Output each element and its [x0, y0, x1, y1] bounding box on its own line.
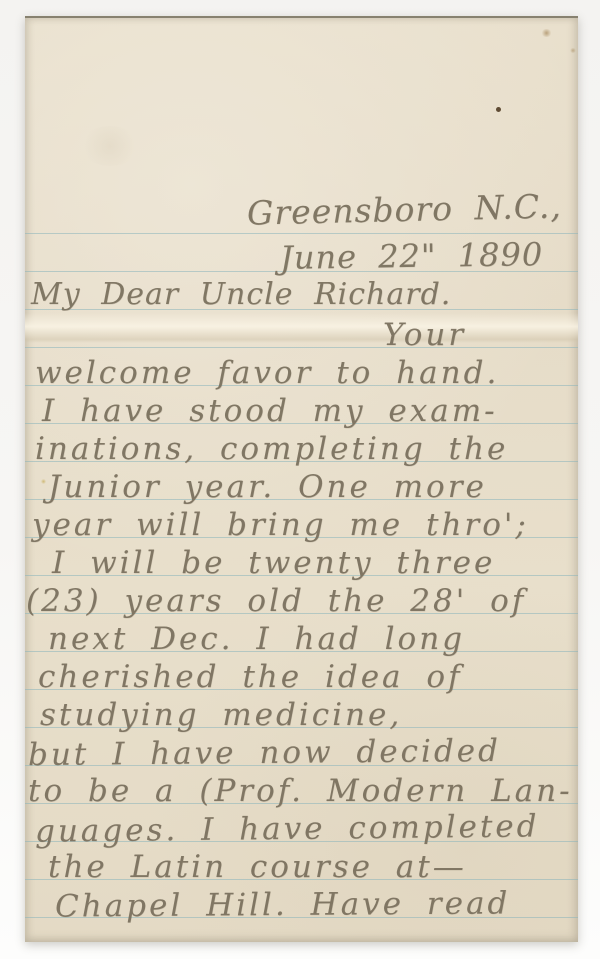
ink-speck: [496, 107, 501, 112]
foxing-stain: [41, 479, 46, 484]
body-line: Junior year. One more: [48, 469, 487, 505]
heading-place-line: Greensboro N.C.,: [247, 188, 563, 231]
body-line: welcome favor to hand.: [35, 355, 499, 391]
body-line: guages. I have completed: [35, 808, 540, 849]
photo-background: Greensboro N.C., June 22" 1890 My Dear U…: [0, 0, 600, 959]
letter-paper: Greensboro N.C., June 22" 1890 My Dear U…: [25, 16, 578, 942]
body-line: inations, completing the: [35, 431, 508, 467]
body-line: I have stood my exam-: [42, 393, 498, 429]
body-line: year will bring me thro';: [32, 507, 529, 543]
fold-crease: [25, 313, 578, 343]
body-line: next Dec. I had long: [48, 621, 465, 657]
body-line: (23) years old the 28' of: [26, 583, 526, 619]
body-line: I will be twenty three: [52, 545, 495, 581]
foxing-stain: [541, 29, 552, 37]
foxing-stain: [570, 48, 576, 53]
body-line: Your: [383, 317, 466, 353]
body-line: but I have now decided: [28, 733, 501, 773]
body-line: to be a (Prof. Modern Lan-: [28, 773, 573, 809]
heading-date-line: June 22" 1890: [280, 236, 544, 276]
body-line: the Latin course at—: [48, 849, 467, 885]
body-line: Chapel Hill. Have read: [55, 885, 511, 924]
paper-smudge: [80, 126, 140, 166]
body-line: cherished the idea of: [38, 659, 463, 695]
body-line: studying medicine,: [40, 697, 402, 733]
salutation-line: My Dear Uncle Richard.: [31, 277, 451, 313]
